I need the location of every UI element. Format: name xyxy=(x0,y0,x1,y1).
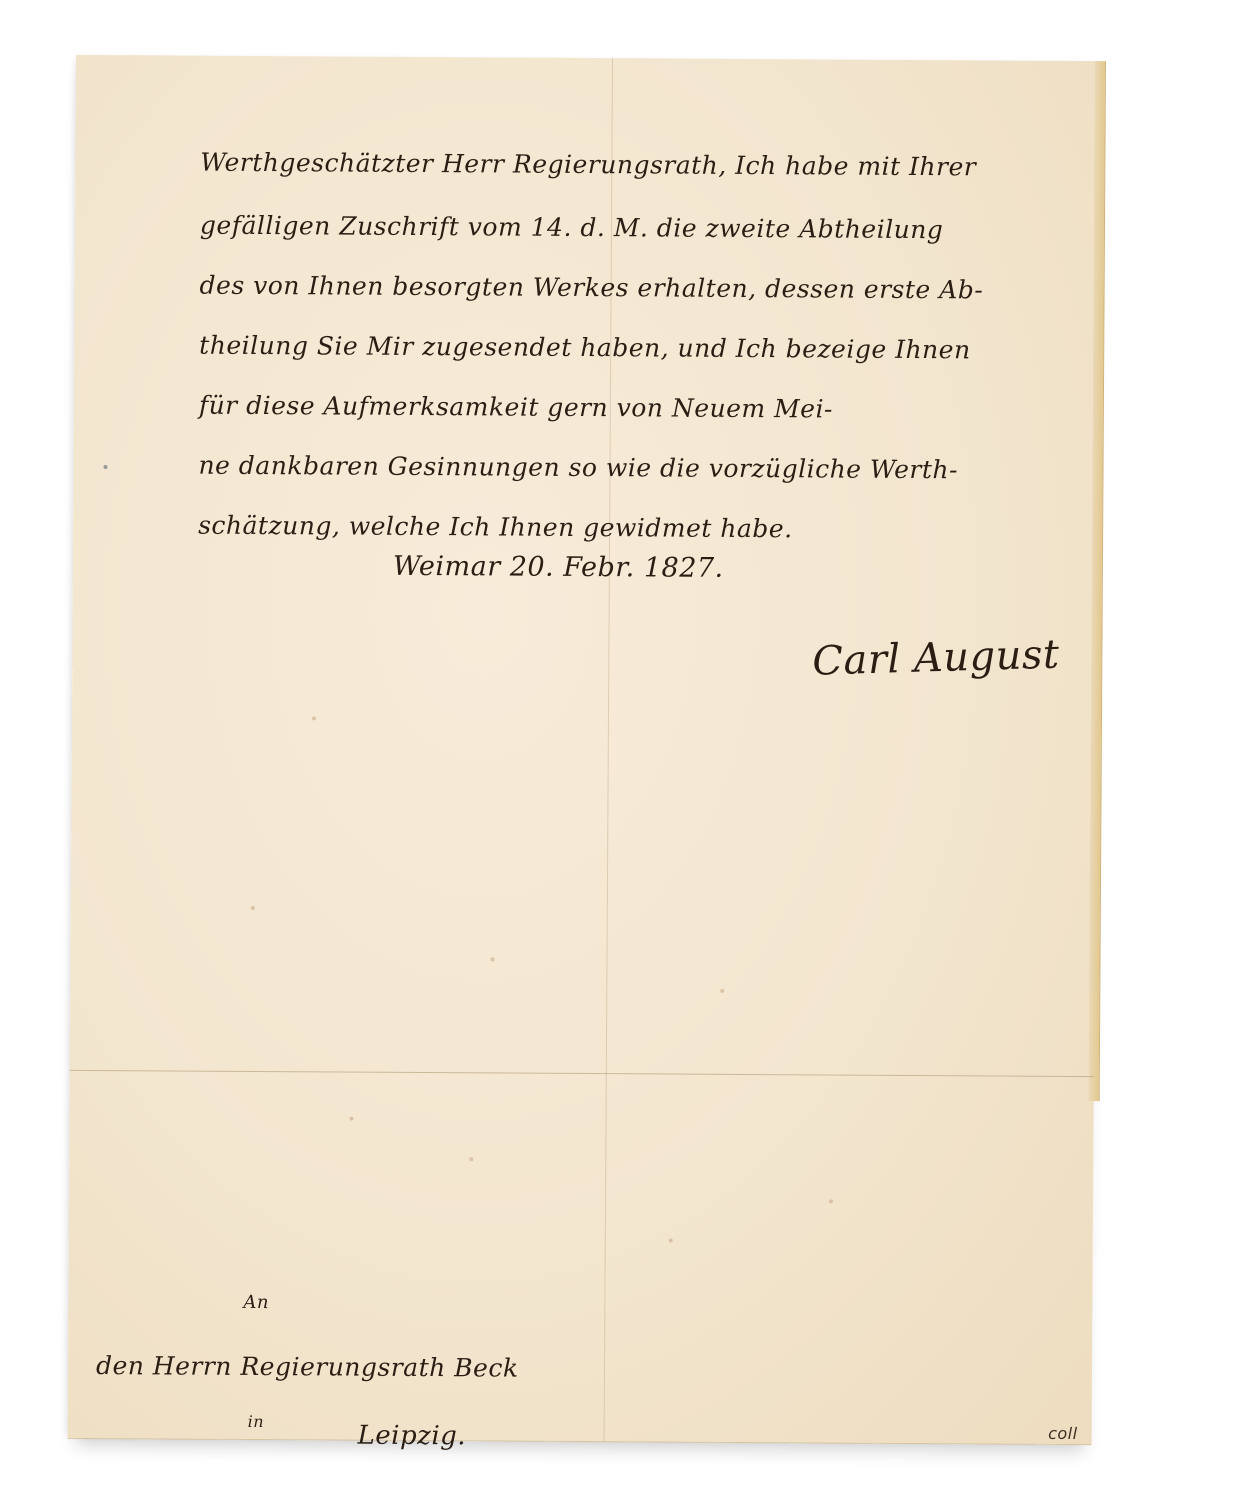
address-city: Leipzig. xyxy=(357,1421,466,1452)
signature: Carl August xyxy=(812,632,1060,685)
foxing-spot xyxy=(251,906,255,910)
letter-line-2: gefälligen Zuschrift vom 14. d. M. die z… xyxy=(200,211,944,245)
fold-line-horizontal xyxy=(70,1070,1094,1077)
letter-line-6: ne dankbaren Gesinnungen so wie die vorz… xyxy=(198,451,958,485)
foxing-spot xyxy=(490,957,494,961)
foxing-spot xyxy=(312,716,316,720)
letter-line-4: theilung Sie Mir zugesendet haben, und I… xyxy=(199,331,971,365)
address-prefix: An xyxy=(243,1292,269,1313)
address-preposition: in xyxy=(248,1412,265,1431)
foxing-spot xyxy=(669,1239,673,1243)
pencil-note: coll xyxy=(1048,1424,1078,1443)
foxing-spot xyxy=(350,1117,354,1121)
letter-sheet: Werthgeschätzter Herr Regierungsrath, Ic… xyxy=(68,55,1100,1445)
letter-line-7: schätzung, welche Ich Ihnen gewidmet hab… xyxy=(198,511,793,544)
letter-line-3: des von Ihnen besorgten Werkes erhalten,… xyxy=(200,271,984,305)
fold-line-vertical xyxy=(604,58,613,1441)
foxing-spot xyxy=(829,1199,833,1203)
letter-line-5: für diese Aufmerksamkeit gern von Neuem … xyxy=(199,391,833,424)
foxing-spot xyxy=(469,1157,473,1161)
folded-edge xyxy=(1089,61,1106,1101)
letter-line-1: Werthgeschätzter Herr Regierungsrath, Ic… xyxy=(200,148,976,182)
dateline: Weimar 20. Febr. 1827. xyxy=(393,551,724,584)
foxing-spot xyxy=(103,465,107,469)
address-recipient: den Herrn Regierungsrath Beck xyxy=(96,1351,519,1383)
foxing-spot xyxy=(720,989,724,993)
